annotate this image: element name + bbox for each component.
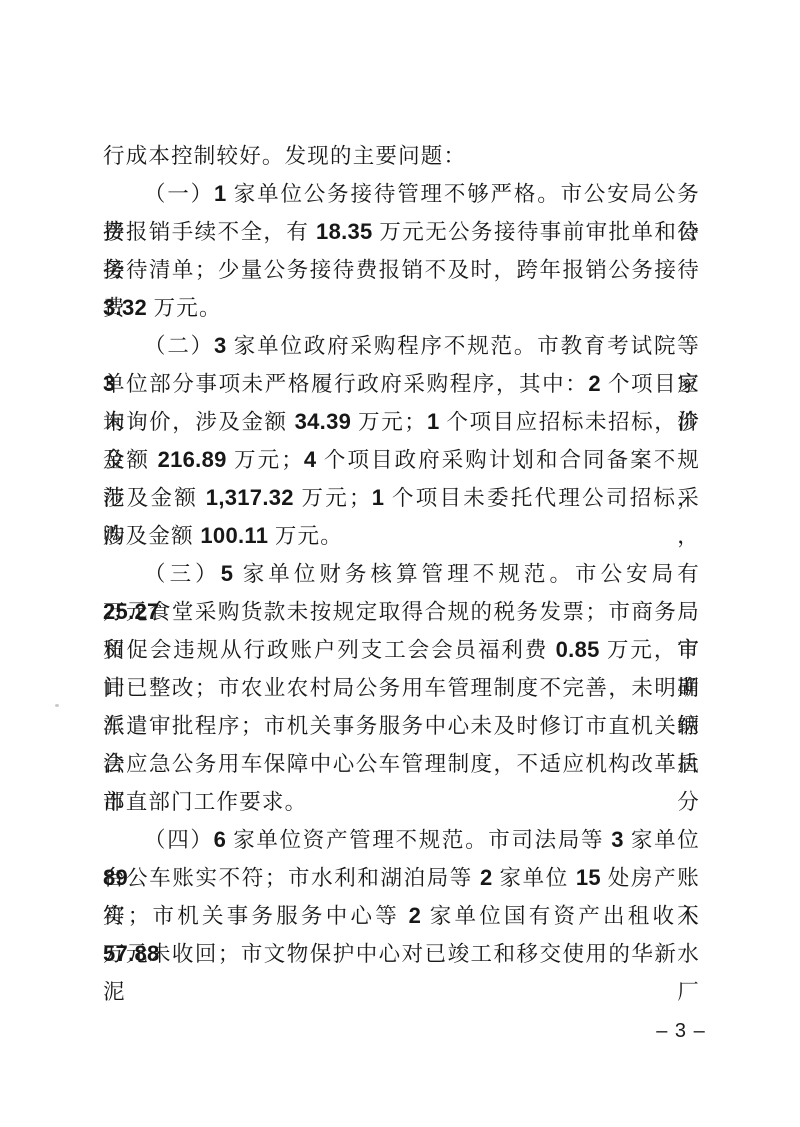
paragraph-intro: 行成本控制较好。发现的主要问题： (103, 137, 700, 175)
body-line: （一）1 家单位公务接待管理不够严格。市公安局公务接待 (103, 175, 700, 213)
paragraph-section-3: （三）5 家单位财务核算管理不规范。市公安局有 25.27 万元食堂采购货款未按… (103, 555, 700, 821)
body-line: 费报销手续不全，有 18.35 万元无公务接待事前审批单和公务 (103, 213, 700, 251)
body-line: 3.32 万元。 (103, 289, 700, 327)
body-line: 间已整改；市农业农村局公务用车管理制度不完善，未明确车辆 (103, 669, 700, 707)
body-line: 符；市机关事务服务中心等 2 家单位国有资产出租收入 57.88 (103, 897, 700, 935)
body-line: 涉及金额 1,317.32 万元；1 个项目未委托代理公司招标采购， (103, 479, 700, 517)
paragraph-section-4: （四）6 家单位资产管理不规范。市司法局等 3 家单位 89 台公车账实不符；市… (103, 821, 700, 973)
body-line: 派遣审批程序；市机关事务服务中心未及时修订市直机关综合执 (103, 707, 700, 745)
paragraph-section-2: （二）3 家单位政府采购程序不规范。市教育考试院等 3 家 单位部分事项未严格履… (103, 327, 700, 555)
document-page: 行成本控制较好。发现的主要问题： （一）1 家单位公务接待管理不够严格。市公安局… (0, 0, 800, 1127)
body-line: （四）6 家单位资产管理不规范。市司法局等 3 家单位 89 (103, 821, 700, 859)
body-line: （二）3 家单位政府采购程序不规范。市教育考试院等 3 家 (103, 327, 700, 365)
body-line: 单位部分事项未严格履行政府采购程序，其中：2 个项目应询价 (103, 365, 700, 403)
body-line: 台公车账实不符；市水利和湖泊局等 2 家单位 15 处房产账实不 (103, 859, 700, 897)
scan-speck (55, 704, 59, 707)
body-line: 接待清单；少量公务接待费报销不及时，跨年报销公务接待费 (103, 251, 700, 289)
body-line: 未询价，涉及金额 34.39 万元；1 个项目应招标未招标，涉及 (103, 403, 700, 441)
page-number: – 3 – (631, 1017, 731, 1045)
body-line: 万元食堂采购货款未按规定取得合规的税务发票；市商务局和市 (103, 593, 700, 631)
body-text: 行成本控制较好。发现的主要问题： （一）1 家单位公务接待管理不够严格。市公安局… (103, 137, 700, 973)
body-line: 金额 216.89 万元；4 个项目政府采购计划和合同备案不规范， (103, 441, 700, 479)
paragraph-section-1: （一）1 家单位公务接待管理不够严格。市公安局公务接待 费报销手续不全，有 18… (103, 175, 700, 327)
body-line: 法应急公务用车保障中心公车管理制度，不适应机构改革后部分 (103, 745, 700, 783)
body-line: 贸促会违规从行政账户列支工会会员福利费 0.85 万元，审计期 (103, 631, 700, 669)
body-line: 行成本控制较好。发现的主要问题： (103, 137, 700, 175)
body-line: 万元未收回；市文物保护中心对已竣工和移交使用的华新水泥厂 (103, 935, 700, 973)
body-line: （三）5 家单位财务核算管理不规范。市公安局有 25.27 (103, 555, 700, 593)
